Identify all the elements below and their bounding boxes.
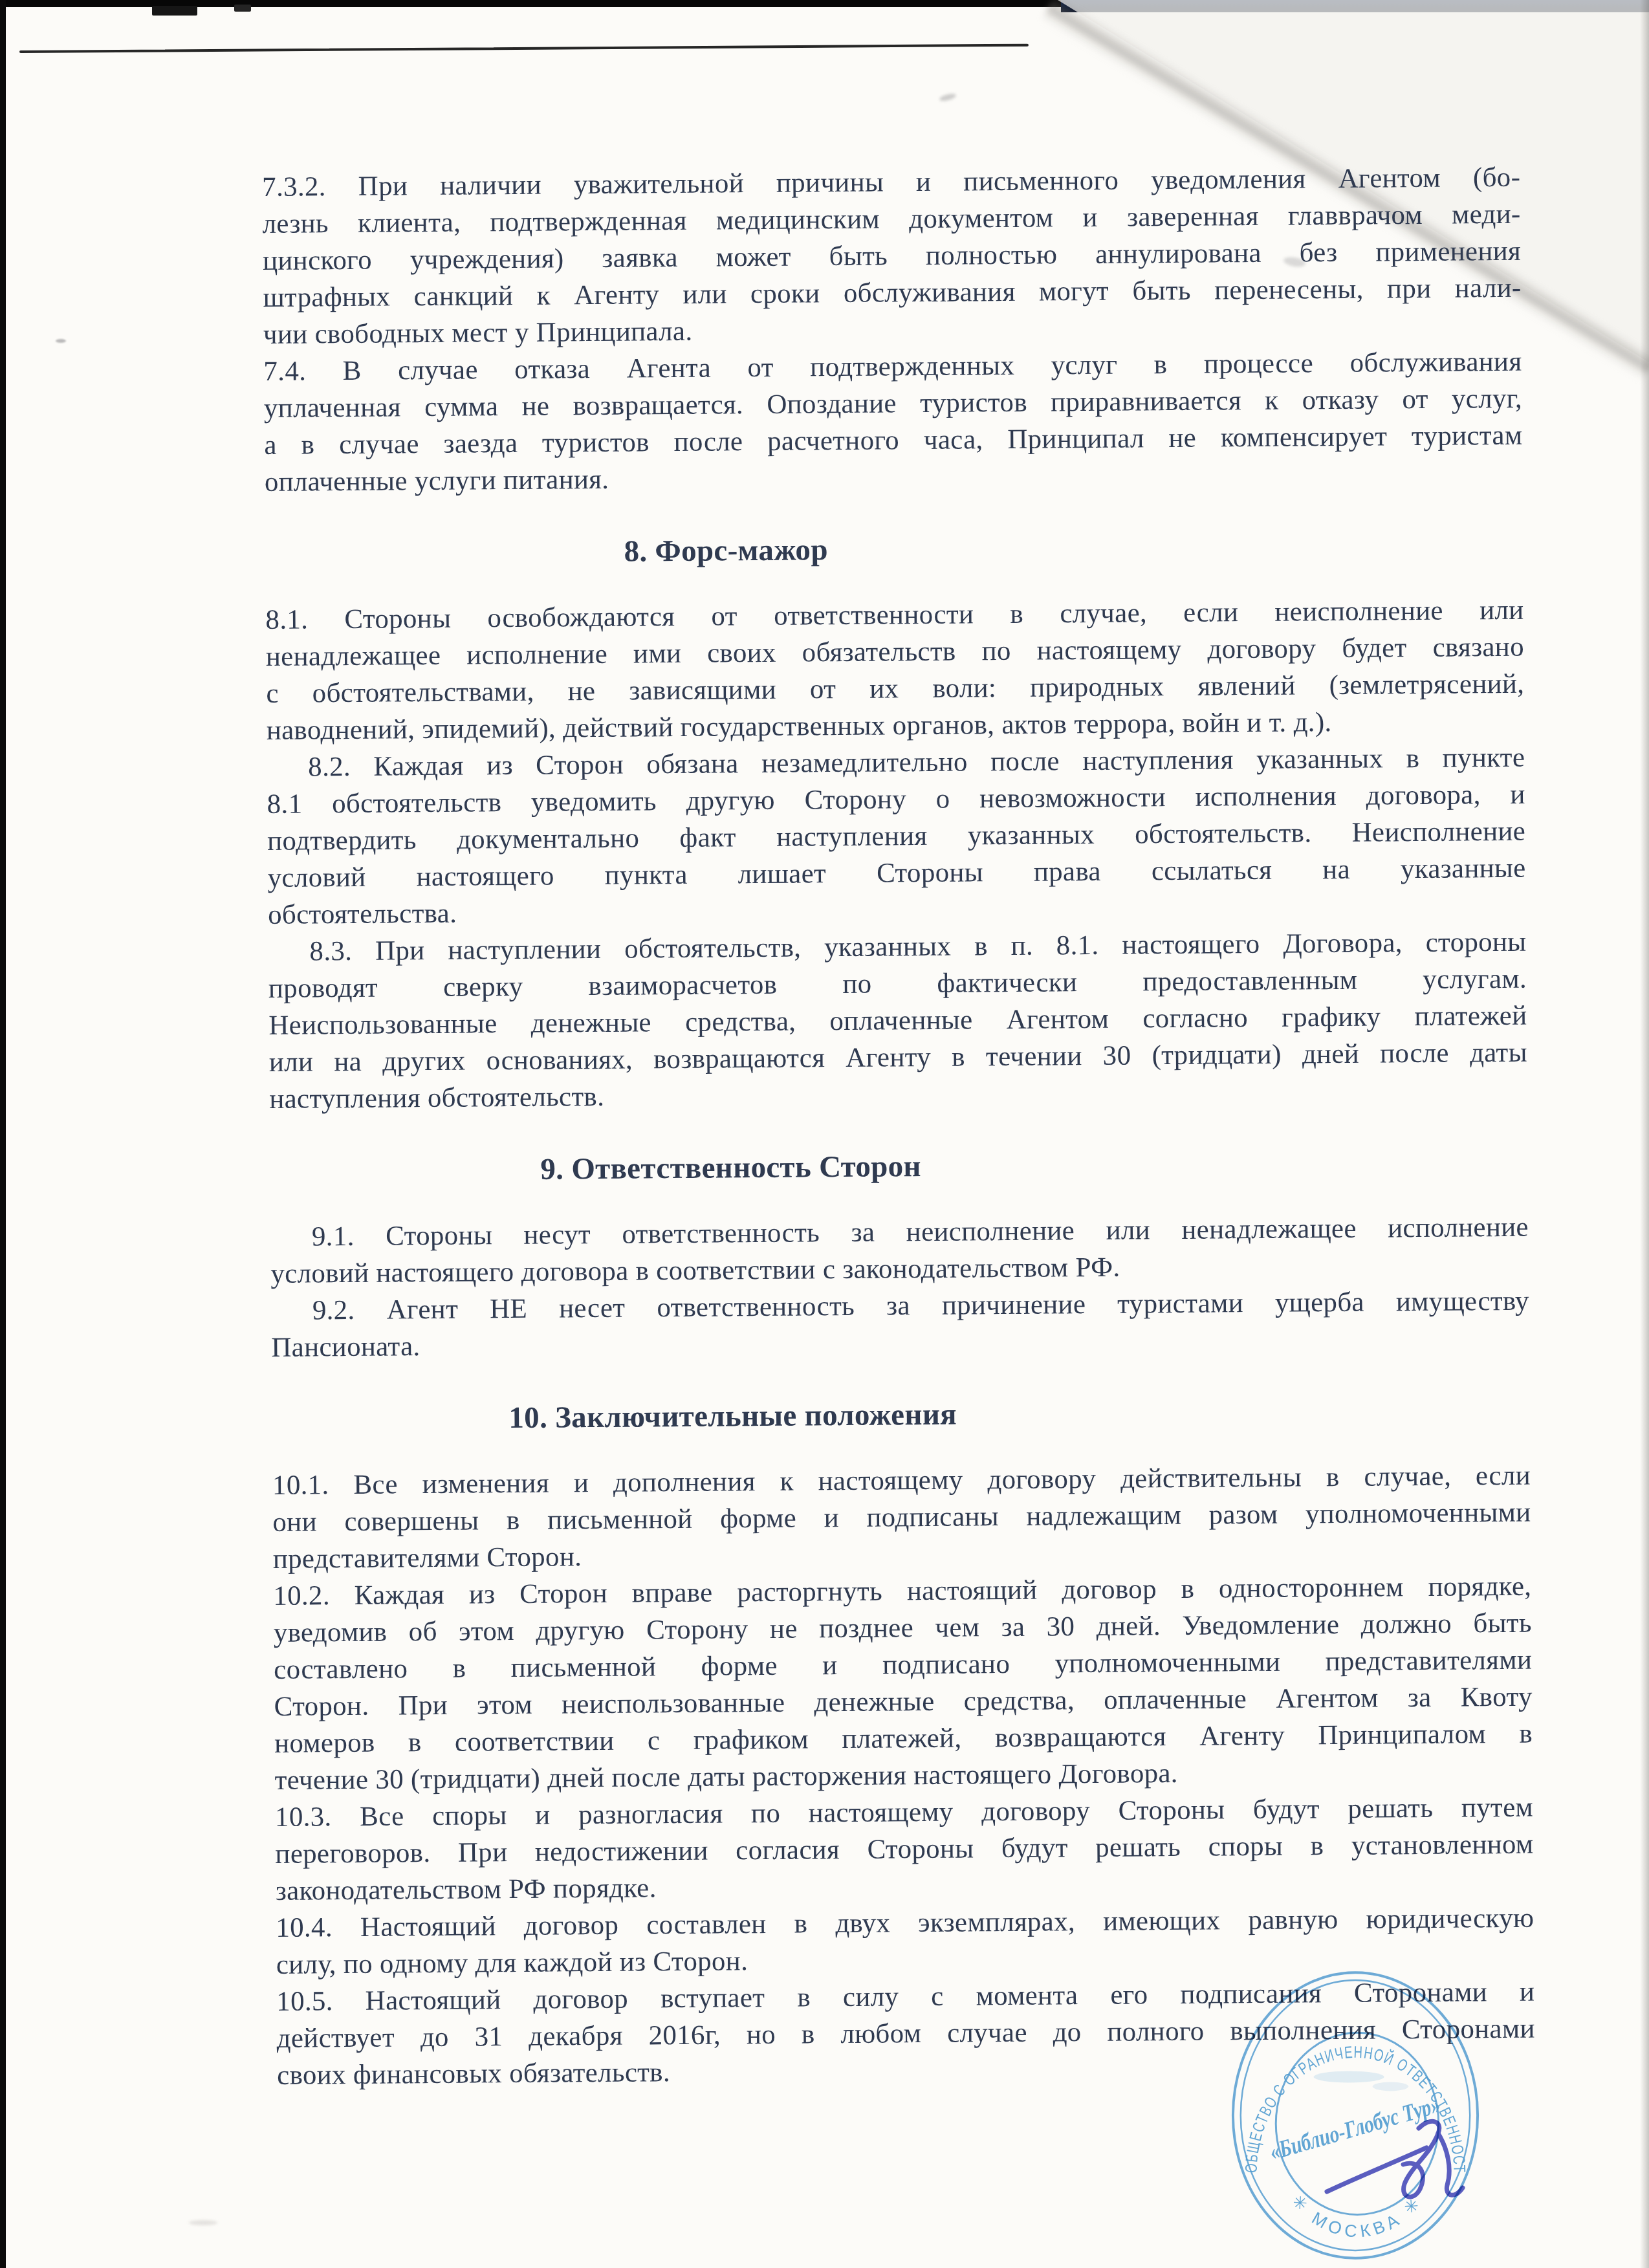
document-body: 7.3.2. При наличии уважительной причины … — [262, 159, 1535, 2094]
paragraph: 8.2. Каждая из Сторон обязана незамедлит… — [267, 739, 1526, 933]
signature-stroke — [1403, 2121, 1439, 2197]
scan-smudge — [939, 93, 956, 102]
paragraph: 8.1. Стороны освобождаются от ответствен… — [265, 592, 1525, 749]
paragraph: 7.3.2. При наличии уважительной причины … — [262, 159, 1522, 353]
scan-smudge — [189, 2220, 217, 2225]
scan-dust-mark — [152, 6, 197, 16]
paragraph: 10.1. Все изменения и дополнения к насто… — [272, 1457, 1531, 1578]
page-top-edge-line — [19, 44, 1029, 53]
section-heading: 9. Ответственность Сторон — [270, 1146, 1192, 1190]
scan-right-shadow — [1640, 0, 1649, 2268]
paragraph: 7.4. В случае отказа Агента от подтвержд… — [263, 343, 1523, 501]
stamp-faint-mark — [1373, 2082, 1408, 2091]
paragraph: 10.3. Все споры и разногласия по настоящ… — [275, 1789, 1534, 1910]
section-heading: 10. Заключительные положения — [272, 1395, 1194, 1439]
paragraph: 9.2. Агент НЕ несет ответственность за п… — [271, 1283, 1530, 1366]
stamp-faint-mark — [1314, 2071, 1384, 2083]
paragraph: 9.1. Стороны несут ответственность за не… — [270, 1209, 1529, 1292]
paragraph: 8.3. При наступлении обстоятельств, указ… — [268, 924, 1527, 1118]
scanned-page: 7.3.2. При наличии уважительной причины … — [0, 0, 1649, 2268]
scan-left-edge — [0, 0, 6, 2268]
signature — [1316, 2101, 1478, 2208]
paragraph: 10.2. Каждая из Сторон вправе расторгнут… — [273, 1568, 1533, 1799]
section-heading: 8. Форс-мажор — [265, 529, 1186, 573]
scan-smudge — [56, 339, 66, 343]
signature-stroke — [1438, 2133, 1463, 2195]
scan-dust-mark — [234, 5, 251, 12]
